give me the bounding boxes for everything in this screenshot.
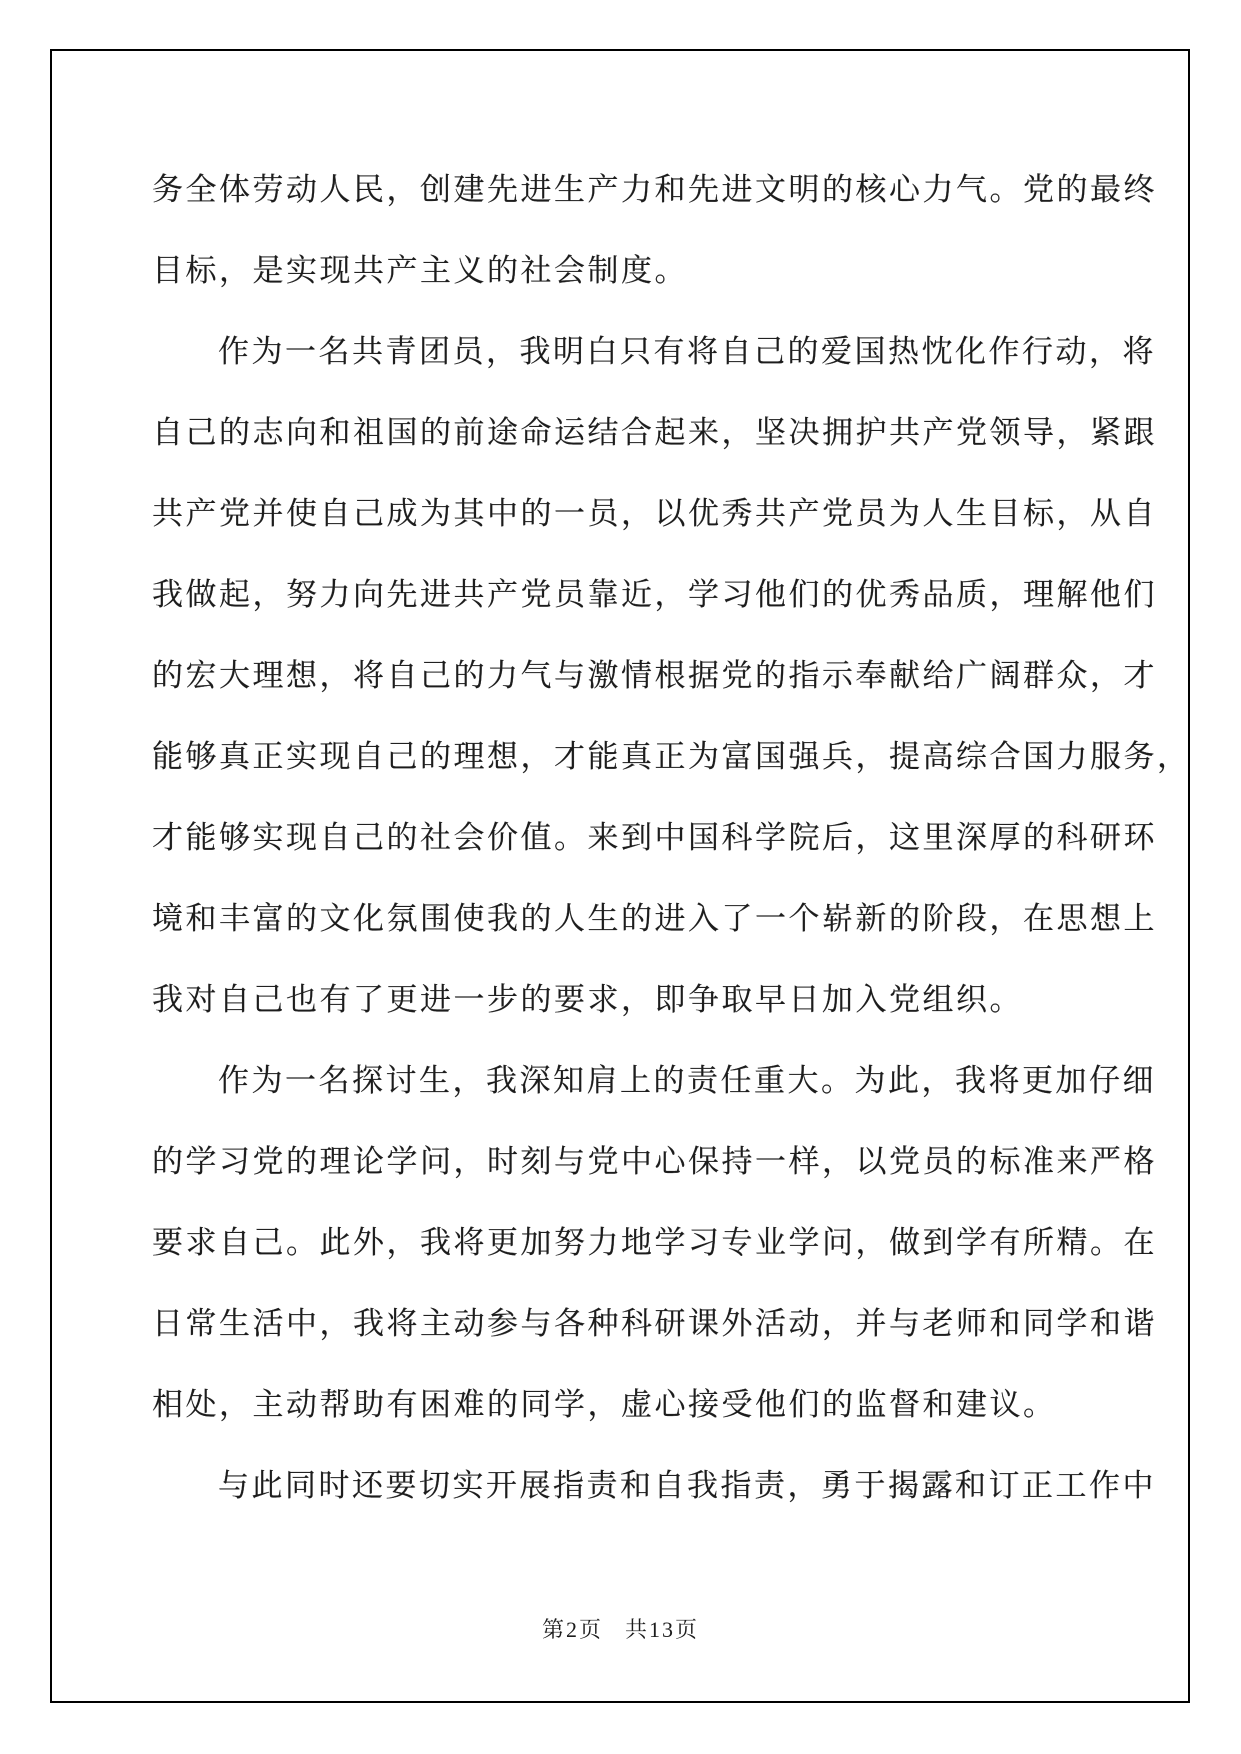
text-line: 与此同时还要切实开展指责和自我指责，勇于揭露和订正工作中: [152, 1445, 1162, 1526]
text-line: 境和丰富的文化氛围使我的人生的进入了一个崭新的阶段，在思想上: [152, 878, 1162, 959]
page-total-label: 共13页: [625, 1617, 699, 1642]
page-footer: 第2页共13页: [0, 1613, 1241, 1644]
text-line: 相处，主动帮助有困难的同学，虚心接受他们的监督和建议。: [152, 1364, 1162, 1445]
text-line: 要求自己。此外，我将更加努力地学习专业学问，做到学有所精。在: [152, 1202, 1162, 1283]
text-line: 作为一名探讨生，我深知肩上的责任重大。为此，我将更加仔细: [152, 1040, 1162, 1121]
text-line: 我做起，努力向先进共产党员靠近，学习他们的优秀品质，理解他们: [152, 554, 1162, 635]
text-line: 我对自己也有了更进一步的要求，即争取早日加入党组织。: [152, 959, 1162, 1040]
page-number-label: 第2页: [542, 1617, 603, 1642]
text-line: 自己的志向和祖国的前途命运结合起来，坚决拥护共产党领导，紧跟: [152, 392, 1162, 473]
text-line: 日常生活中，我将主动参与各种科研课外活动，并与老师和同学和谐: [152, 1283, 1162, 1364]
text-line: 务全体劳动人民，创建先进生产力和先进文明的核心力气。党的最终: [152, 149, 1162, 230]
text-line: 的宏大理想，将自己的力气与激情根据党的指示奉献给广阔群众，才: [152, 635, 1162, 716]
text-line: 作为一名共青团员，我明白只有将自己的爱国热忱化作行动，将: [152, 311, 1162, 392]
document-body: 务全体劳动人民，创建先进生产力和先进文明的核心力气。党的最终目标，是实现共产主义…: [152, 149, 1162, 1526]
text-line: 才能够实现自己的社会价值。来到中国科学院后，这里深厚的科研环: [152, 797, 1162, 878]
text-line: 目标，是实现共产主义的社会制度。: [152, 230, 1162, 311]
text-line: 的学习党的理论学问，时刻与党中心保持一样，以党员的标准来严格: [152, 1121, 1162, 1202]
text-line: 共产党并使自己成为其中的一员，以优秀共产党员为人生目标，从自: [152, 473, 1162, 554]
text-line: 能够真正实现自己的理想，才能真正为富国强兵，提高综合国力服务，: [152, 716, 1162, 797]
